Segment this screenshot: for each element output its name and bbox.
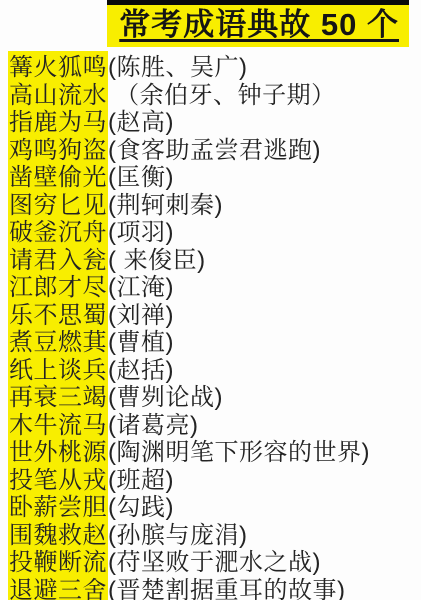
idiom-highlight: 退避三舍 <box>8 574 108 600</box>
title-row: 常考成语典故 50 个 <box>0 0 421 47</box>
page-title: 常考成语典故 50 个 <box>119 7 399 42</box>
title-highlight-block: 常考成语典故 50 个 <box>107 0 409 47</box>
study-notes-page: 常考成语典故 50 个 篝火狐鸣(陈胜、吴广)高山流水 （余伯牙、钟子期）指鹿为… <box>0 0 421 600</box>
idiom-list: 篝火狐鸣(陈胜、吴广)高山流水 （余伯牙、钟子期）指鹿为马(赵高)鸡鸣狗盗(食客… <box>0 51 421 600</box>
idiom-note: (晋楚割据重耳的故事) <box>108 570 345 600</box>
list-item: 退避三舍(晋楚割据重耳的故事) <box>8 574 421 600</box>
